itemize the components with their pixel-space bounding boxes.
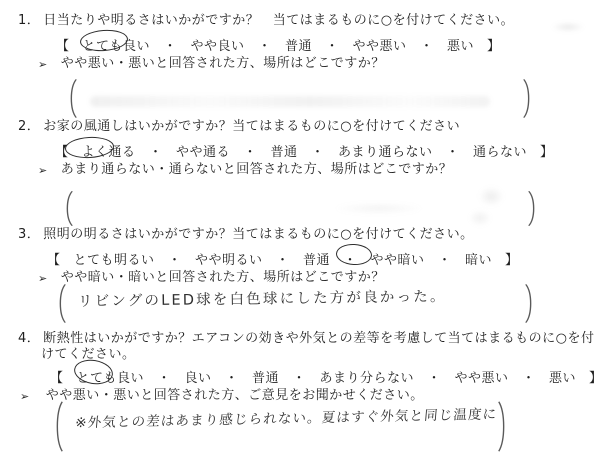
question-2-followup-text: あまり通らない・通らないと回答された方、場所はどこですか？ (61, 162, 453, 178)
answer-bracket-left (55, 283, 68, 324)
question-4-handwritten-answer: ※外気との差はあまり感じられない。夏はすぐ外気と同じ温度になる。 (62, 395, 498, 457)
bracket-open: 【 (55, 145, 69, 160)
question-4-number: 4． (18, 331, 40, 346)
question-2-answer-area (62, 190, 539, 227)
question-1-heading: 1．日当たりや明るさはいかがですか？ 当てはまるものに○を付けてください。 (18, 13, 601, 29)
question-2: 2．お家の風通しはいかがですか？当てはまるものに○を付けてください 【よく通る … (18, 119, 601, 178)
answer-bracket-right (526, 190, 539, 227)
question-2-followup: ➢あまり通らない・通らないと回答された方、場所はどこですか？ (38, 162, 601, 178)
question-1-followup-text: やや悪い・悪いと回答された方、場所はどこですか？ (61, 56, 385, 72)
question-1-options: とても良い ・ やや良い ・ 普通 ・ やや悪い ・ 悪い (83, 39, 475, 54)
bracket-close: 】 (589, 371, 603, 386)
bracket-close: 】 (487, 39, 501, 54)
question-3-text: 照明の明るさはいかがですか？当てはまるものに○を付けてください。 (43, 227, 473, 242)
answer-bracket-left (66, 78, 79, 119)
question-4: 4．断熱性はいかがですか？エアコンの効きや外気との差等を考慮して当てはまるものに… (18, 331, 601, 404)
question-3-number: 3． (18, 227, 40, 242)
question-3-heading: 3．照明の明るさはいかがですか？当てはまるものに○を付けてください。 (18, 227, 601, 243)
bracket-open: 【 (47, 253, 61, 268)
question-2-text: お家の風通しはいかがですか？当てはまるものに○を付けてください (43, 119, 460, 134)
answer-bracket-left (62, 190, 75, 227)
question-1-answer-area (66, 78, 534, 119)
question-2-number: 2． (18, 119, 40, 134)
question-1-followup: ➢やや悪い・悪いと回答された方、場所はどこですか？ (38, 56, 601, 72)
question-3-options-line: 【とても明るい ・ やや明るい ・ 普通 ・ やや暗い ・ 暗い】 (47, 249, 601, 268)
question-4-heading: 4．断熱性はいかがですか？エアコンの効きや外気との差等を考慮して当てはまるものに… (18, 331, 597, 363)
answer-bracket-right (496, 400, 509, 453)
question-4-answer-area: ※外気との差はあまり感じられない。夏はすぐ外気と同じ温度になる。 (52, 400, 509, 453)
question-3-options: とても明るい ・ やや明るい ・ 普通 ・ やや暗い ・ 暗い (74, 253, 493, 268)
question-1-text: 日当たりや明るさはいかがですか？ 当てはまるものに○を付けてください。 (43, 13, 514, 28)
question-3-handwritten-answer: リビングのLED球を白色球にした方が良かった。 (68, 280, 524, 327)
question-1-number: 1． (18, 13, 40, 28)
arrowhead-icon: ➢ (38, 163, 48, 179)
question-2-heading: 2．お家の風通しはいかがですか？当てはまるものに○を付けてください (18, 119, 601, 135)
question-1: 1．日当たりや明るさはいかがですか？ 当てはまるものに○を付けてください。 【と… (18, 13, 601, 72)
question-1-options-line: 【とても良い ・ やや良い ・ 普通 ・ やや悪い ・ 悪い】 (56, 35, 601, 54)
question-4-options-line: 【とても良い ・ 良い ・ 普通 ・ あまり分らない ・ やや悪い ・ 悪い】 (50, 367, 601, 386)
question-4-text: 断熱性はいかがですか？エアコンの効きや外気との差等を考慮して当てはまるものに○を… (41, 331, 594, 362)
question-3: 3．照明の明るさはいかがですか？当てはまるものに○を付けてください。 【とても明… (18, 227, 601, 286)
answer-bracket-right (523, 283, 536, 324)
arrowhead-icon: ➢ (20, 389, 30, 405)
bracket-close: 】 (505, 253, 519, 268)
arrowhead-icon: ➢ (38, 57, 48, 73)
question-2-options-line: 【よく通る ・ やや通る ・ 普通 ・ あまり通らない ・ 通らない】 (55, 141, 601, 160)
bracket-close: 】 (540, 145, 554, 160)
bracket-open: 【 (56, 39, 70, 54)
question-2-handwritten-answer (75, 187, 526, 230)
arrowhead-icon: ➢ (38, 271, 48, 287)
question-2-options: よく通る ・ やや通る ・ 普通 ・ あまり通らない ・ 通らない (82, 145, 528, 160)
bracket-open: 【 (50, 371, 64, 386)
question-1-handwritten-answer (79, 75, 522, 122)
question-4-options: とても良い ・ 良い ・ 普通 ・ あまり分らない ・ やや悪い ・ 悪い (77, 371, 577, 386)
question-3-answer-area: リビングのLED球を白色球にした方が良かった。 (55, 283, 536, 324)
answer-bracket-right (521, 78, 534, 119)
scanned-questionnaire-page: 1．日当たりや明るさはいかがですか？ 当てはまるものに○を付けてください。 【と… (0, 0, 609, 471)
